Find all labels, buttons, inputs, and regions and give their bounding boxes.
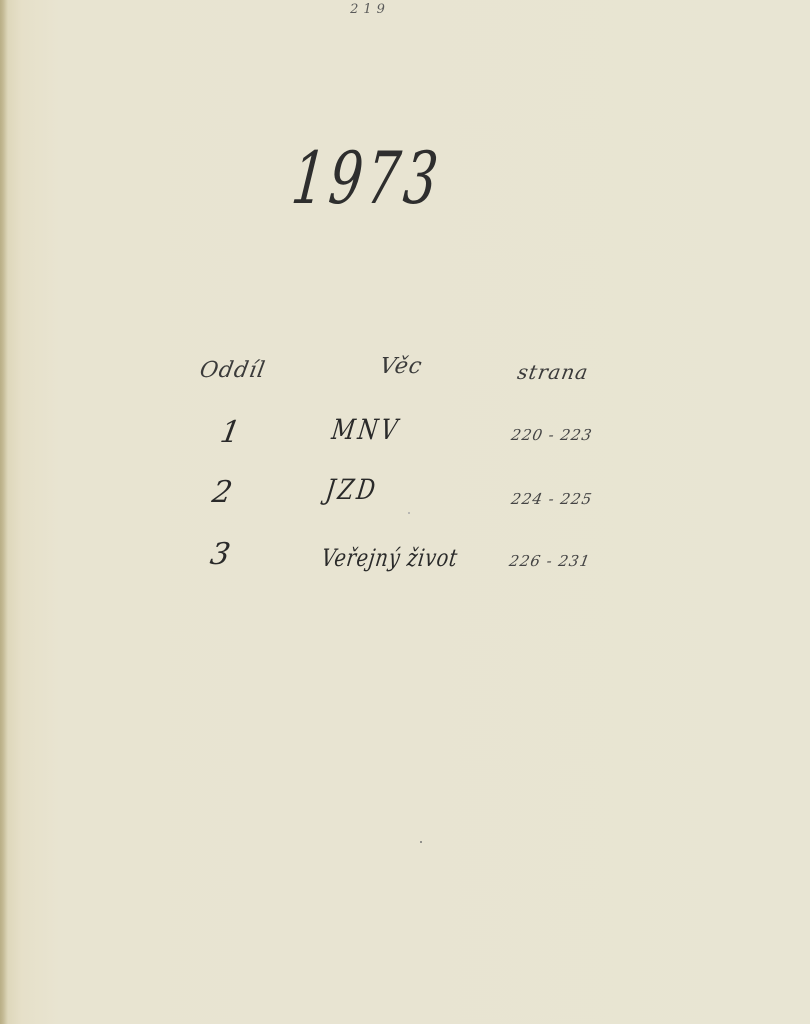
row-pages: 224 - 225 bbox=[510, 492, 594, 507]
header-subject: Věc bbox=[378, 356, 424, 378]
row-subject: JZD bbox=[324, 476, 380, 504]
row-section-number: 3 bbox=[208, 540, 232, 570]
row-section-number: 2 bbox=[210, 478, 234, 508]
binding-gutter-shadow bbox=[0, 0, 8, 1024]
folio-page-number: 219 bbox=[340, 2, 400, 17]
row-subject: MNV bbox=[330, 416, 402, 444]
row-pages: 226 - 231 bbox=[508, 554, 592, 569]
row-pages: 220 - 223 bbox=[510, 428, 594, 443]
document-page: 219 1973 Oddíl Věc strana 1 MNV 220 - 22… bbox=[0, 0, 810, 1024]
header-pages: strana bbox=[516, 362, 590, 382]
paper-speck bbox=[420, 841, 422, 843]
header-section: Oddíl bbox=[198, 360, 267, 382]
paper-speck bbox=[408, 512, 410, 514]
year-heading: 1973 bbox=[289, 142, 419, 214]
row-subject: Veřejný život bbox=[320, 546, 459, 570]
row-section-number: 1 bbox=[218, 418, 242, 448]
